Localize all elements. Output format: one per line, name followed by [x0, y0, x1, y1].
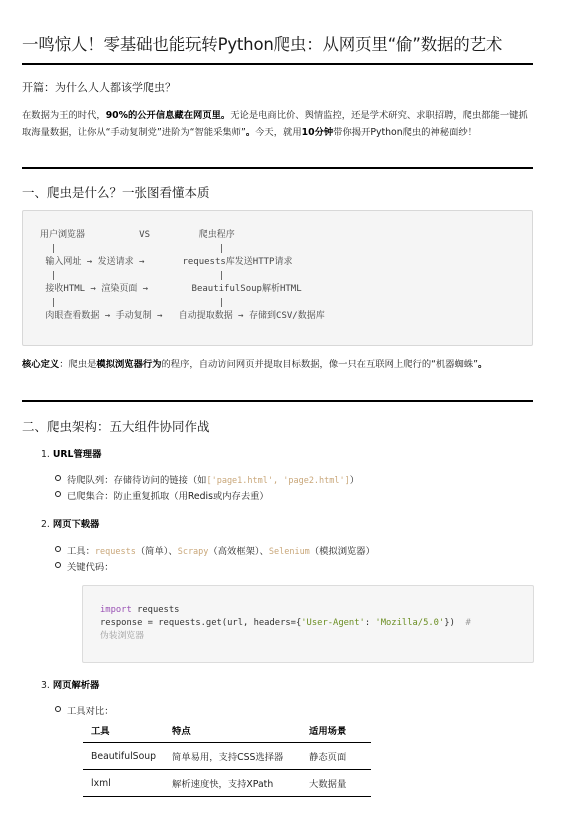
diagram-box: 用户浏览器 VS 爬虫程序 | | 输入网址 → 发送请求 → requests… [22, 210, 533, 346]
text: 带你揭开Python爬虫的神秘面纱！ [333, 127, 477, 138]
table-cell: lxml [83, 770, 164, 797]
code-string: 'Mozilla/5.0' [375, 618, 444, 628]
list-item-downloader: 2. 网页下载器 [41, 516, 99, 530]
code-token: : [365, 618, 376, 628]
text: （高效框架）、 [208, 546, 268, 557]
text: 今天，就用 [255, 127, 302, 138]
definition-paragraph: 核心定义：爬虫是模拟浏览器行为的程序，自动访问网页并提取目标数据，像一只在互联网… [22, 356, 533, 373]
text: 待爬队列：存储待访问的链接（如 [67, 475, 206, 486]
inline-code: ['page1.html', 'page2.html'] [206, 476, 349, 486]
diagram-text: 用户浏览器 VS 爬虫程序 | | 输入网址 → 发送请求 → requests… [40, 229, 325, 324]
column-header: 工具 [83, 719, 164, 743]
bullet-item: 工具：requests（简单）、Scrapy（高效框架）、Selenium（模拟… [67, 543, 375, 557]
list-item-parser: 3. 网页解析器 [41, 677, 99, 691]
diagram-line: 肉眼查看数据 → 手动复制 → 自动提取数据 → 存储到CSV/数据库 [40, 311, 325, 321]
code-keyword: import [100, 605, 132, 615]
bullet-item: 待爬队列：存储待访问的链接（如['page1.html', 'page2.htm… [67, 472, 359, 486]
inline-code: Selenium [269, 547, 310, 557]
bullet-icon [55, 475, 61, 481]
text: ：爬虫是 [59, 359, 96, 370]
table-row: lxml 解析速度快，支持XPath 大数据量 [83, 770, 371, 797]
bold-text: 10分钟 [302, 127, 334, 138]
text: 已爬集合：防止重复抓取（用Redis或内存去重） [67, 491, 269, 502]
comparison-table: 工具 特点 适用场景 BeautifulSoup 简单易用，支持CSS选择器 静… [83, 719, 371, 797]
column-header: 适用场景 [301, 719, 371, 743]
divider [22, 63, 533, 65]
code-text: import requests response = requests.get(… [100, 604, 471, 643]
bullet-icon [55, 562, 61, 568]
text: 工具： [67, 546, 95, 557]
table-cell: 大数据量 [301, 770, 371, 797]
bold-text: 模拟浏览器行为 [96, 359, 161, 370]
text: ） [350, 475, 359, 486]
bullet-item: 工具对比： [67, 703, 114, 717]
column-header: 特点 [164, 719, 301, 743]
section1-heading: 一、爬虫是什么？一张图看懂本质 [22, 183, 210, 201]
diagram-line: | | [40, 271, 224, 281]
inline-code: Scrapy [178, 547, 209, 557]
text: （简单）、 [136, 546, 178, 557]
intro-paragraph: 在数据为王的时代，90%的公开信息藏在网页里。无论是电商比价、舆情监控，还是学术… [22, 107, 533, 141]
bullet-icon [55, 491, 61, 497]
bold-text: 90%的公开信息藏在网页里。 [106, 110, 231, 121]
code-token: }) [444, 618, 465, 628]
diagram-line: 接收HTML → 渲染页面 → BeautifulSoup解析HTML [40, 284, 302, 294]
section2-heading: 二、爬虫架构：五大组件协同作战 [22, 417, 210, 435]
bullet-item: 关键代码： [67, 559, 114, 573]
table-cell: 简单易用，支持CSS选择器 [164, 743, 301, 770]
table-header-row: 工具 特点 适用场景 [83, 719, 371, 743]
text: （模拟浏览器） [310, 546, 375, 557]
bold-text: 核心定义 [22, 359, 59, 370]
text: 工具对比： [67, 706, 114, 717]
table-row: BeautifulSoup 简单易用，支持CSS选择器 静态页面 [83, 743, 371, 770]
diagram-line: 输入网址 → 发送请求 → requests库发送HTTP请求 [40, 257, 292, 267]
bold-text: 。 [478, 359, 487, 370]
bullet-icon [55, 546, 61, 552]
divider [22, 400, 533, 402]
diagram-line: | | [40, 244, 224, 254]
code-token: response = requests.get(url, headers={ [100, 618, 301, 628]
table-cell: 解析速度快，支持XPath [164, 770, 301, 797]
divider [22, 167, 533, 169]
text: 的程序，自动访问网页并提取目标数据，像一只在互联网上爬行的“机器蜘蛛” [162, 359, 478, 370]
code-block: import requests response = requests.get(… [82, 585, 534, 663]
table-cell: BeautifulSoup [83, 743, 164, 770]
list-item-url-manager: 1. URL管理器 [41, 446, 101, 460]
text: 在数据为王的时代， [22, 110, 106, 121]
page-title: 一鸣惊人！零基础也能玩转Python爬虫：从网页里“偷”数据的艺术 [22, 31, 502, 55]
code-token: requests [132, 605, 180, 615]
diagram-line: | | [40, 298, 224, 308]
code-string: 'User-Agent' [301, 618, 365, 628]
code-comment: # [465, 618, 470, 628]
list-label: 网页下载器 [53, 519, 100, 530]
list-number: 1. [41, 449, 50, 460]
bullet-icon [55, 706, 61, 712]
intro-heading: 开篇：为什么人人都该学爬虫？ [22, 79, 176, 95]
diagram-line: 用户浏览器 VS 爬虫程序 [40, 230, 235, 240]
list-number: 2. [41, 519, 50, 530]
code-comment: 伪装浏览器 [100, 631, 144, 641]
bold-text: 。 [246, 127, 255, 138]
text: 关键代码： [67, 562, 114, 573]
list-label: URL管理器 [53, 449, 102, 460]
list-label: 网页解析器 [53, 680, 100, 691]
table-cell: 静态页面 [301, 743, 371, 770]
inline-code: requests [95, 547, 136, 557]
list-number: 3. [41, 680, 50, 691]
bullet-item: 已爬集合：防止重复抓取（用Redis或内存去重） [67, 488, 269, 502]
